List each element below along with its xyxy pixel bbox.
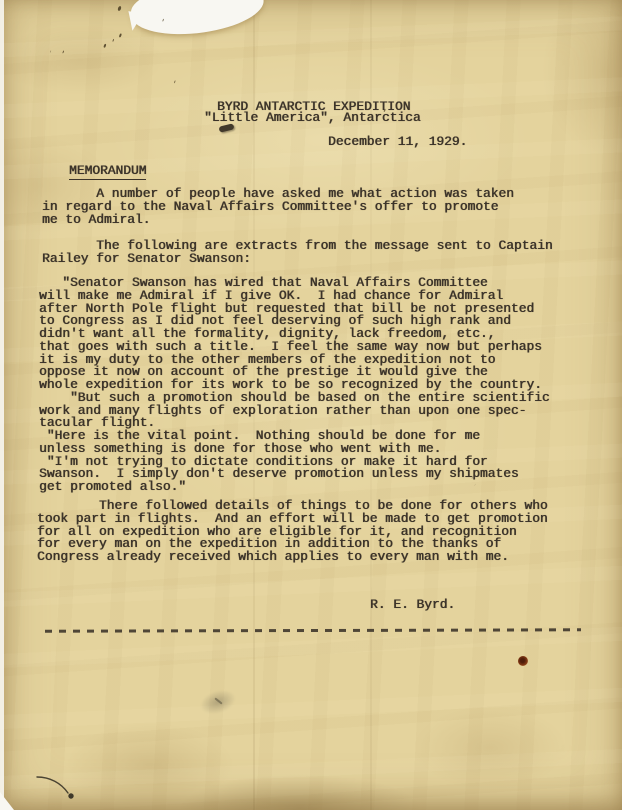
header-date: December 11, 1929. [328, 136, 467, 149]
memo-page: BYRD ANTARCTIC EXPEDITION "Little Americ… [0, 0, 622, 810]
paragraph-extract-lead: The following are extracts from the mess… [42, 240, 553, 266]
memorandum-heading: MEMORANDUM [69, 165, 146, 180]
header-location: "Little America", Antarctica [204, 112, 421, 125]
scan-edge-left [0, 0, 4, 810]
scan-corner-bottom-left [0, 792, 14, 810]
ink-squiggle [33, 773, 79, 803]
paper-specks [117, 6, 122, 12]
separator-dashed-line [45, 628, 581, 633]
paragraph-intro: A number of people have asked me what ac… [42, 188, 514, 226]
signature: R. E. Byrd. [370, 599, 455, 612]
paragraph-quoted-message: "Senator Swanson has wired that Naval Af… [39, 277, 550, 494]
paper-tear-spot [128, 0, 267, 42]
paragraph-closing: There followed details of things to be d… [37, 500, 548, 564]
rust-stain-dot [518, 656, 528, 666]
